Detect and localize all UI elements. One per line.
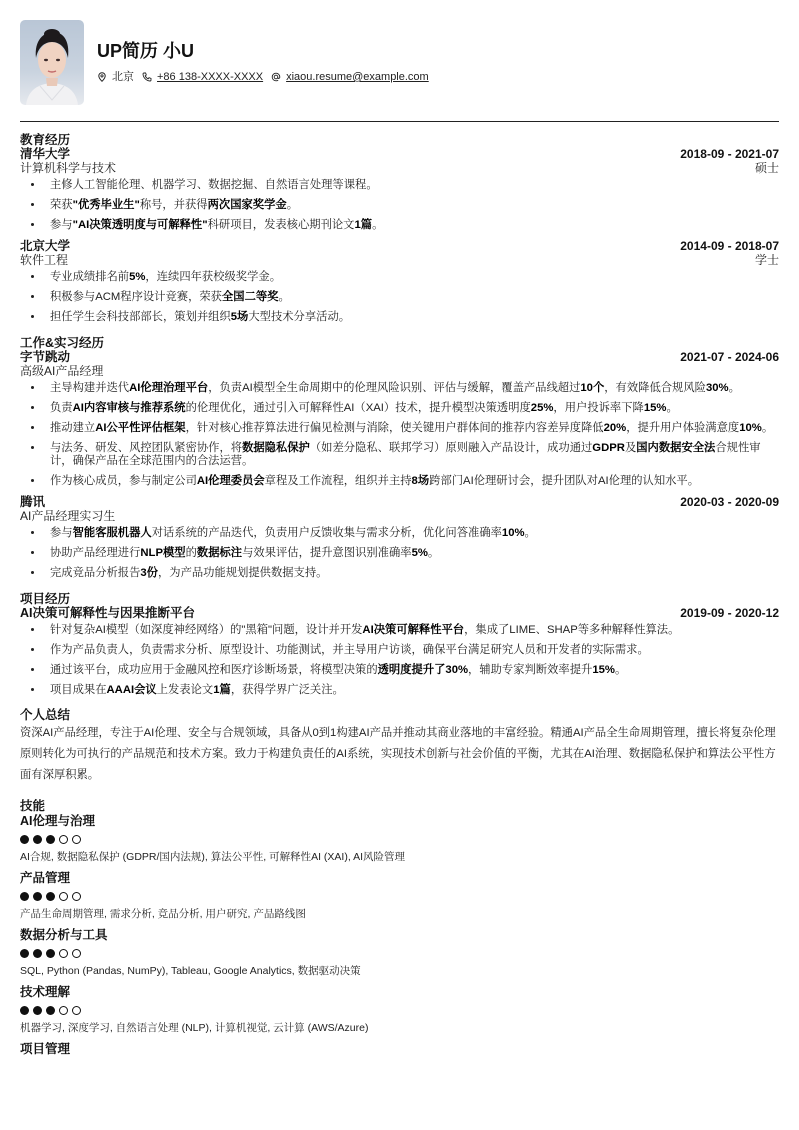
bullet-item: 参与智能客服机器人对话系统的产品迭代，负责用户反馈收集与需求分析，优化问答准确率…: [44, 527, 779, 540]
skill-keywords: AI合规, 数据隐私保护 (GDPR/国内法规), 算法公平性, 可解释性AI …: [20, 850, 779, 864]
section-title: 项目经历: [20, 592, 779, 606]
text: ，辅助专家判断效率提升: [468, 664, 592, 676]
filled-circle-icon: [33, 949, 42, 958]
text: 主导构建并迭代: [50, 382, 129, 394]
filled-circle-icon: [20, 1006, 29, 1015]
bold-text: AI伦理治理平台: [129, 382, 208, 394]
bullet-item: 作为核心成员，参与制定公司AI伦理委员会章程及工作流程，组织并主持8场跨部门AI…: [44, 475, 779, 488]
phone-link[interactable]: +86 138-XXXX-XXXX: [157, 70, 263, 84]
bullet-list: 专业成绩排名前5%，连续四年获校级奖学金。积极参与ACM程序设计竞赛，荣获全国二…: [20, 271, 779, 324]
work-section: 工作&实习经历 字节跳动2021-07 - 2024-06高级AI产品经理主导构…: [20, 336, 779, 580]
text: 积极参与ACM程序设计竞赛，荣获: [50, 291, 222, 303]
filled-circle-icon: [46, 892, 55, 901]
text: 。: [762, 422, 773, 434]
skill-item: 技术理解机器学习, 深度学习, 自然语言处理 (NLP), 计算机视觉, 云计算…: [20, 984, 779, 1035]
entry-subtitle: 软件工程学士: [20, 253, 779, 267]
entry-role: 软件工程: [20, 253, 68, 267]
bold-text: 透明度提升了30%: [378, 664, 468, 676]
bullet-item: 通过该平台，成功应用于金融风控和医疗诊断场景，将模型决策的透明度提升了30%，辅…: [44, 664, 779, 677]
entry-subtitle: 高级AI产品经理: [20, 364, 779, 378]
entry-date-range: 2014-09 - 2018-07: [680, 239, 779, 253]
text: 参与: [50, 527, 73, 539]
bold-text: 10%: [502, 527, 525, 539]
bullet-item: 作为产品负责人，负责需求分析、原型设计、功能测试，并主导用户访谈，确保平台满足研…: [44, 644, 779, 657]
skill-item: AI伦理与治理AI合规, 数据隐私保护 (GDPR/国内法规), 算法公平性, …: [20, 813, 779, 864]
entry-organization: 北京大学: [20, 239, 70, 253]
filled-circle-icon: [46, 949, 55, 958]
entry-header: 字节跳动2021-07 - 2024-06: [20, 350, 779, 364]
empty-circle-icon: [72, 949, 81, 958]
entry-degree: 学士: [755, 253, 779, 267]
filled-circle-icon: [33, 835, 42, 844]
empty-circle-icon: [72, 1006, 81, 1015]
resume-entry: 腾讯2020-03 - 2020-09AI产品经理实习生参与智能客服机器人对话系…: [20, 495, 779, 580]
bold-text: 5场: [231, 311, 249, 323]
bold-text: GDPR: [592, 442, 625, 454]
text: ，负责AI模型全生命周期中的伦理风险识别、评估与缓解，覆盖产品线超过: [208, 382, 580, 394]
text: ，用户投诉率下降: [553, 402, 643, 414]
skill-keywords: 产品生命周期管理, 需求分析, 竞品分析, 用户研究, 产品路线图: [20, 907, 779, 921]
filled-circle-icon: [46, 835, 55, 844]
skill-level-rating: [20, 1004, 779, 1016]
text: 称号，并获得: [140, 199, 208, 211]
bullet-item: 参与"AI决策透明度与可解释性"科研项目，发表核心期刊论文1篇。: [44, 219, 779, 232]
entry-role: AI产品经理实习生: [20, 509, 115, 523]
text: 作为核心成员，参与制定公司: [50, 475, 197, 487]
text: 项目成果在: [50, 684, 107, 696]
text: ，针对核心推荐算法进行偏见检测与消除，使关键用户群体间的推荐内容差异度降低: [186, 422, 604, 434]
candidate-name: UP简历 小U: [97, 40, 194, 62]
entry-organization: 字节跳动: [20, 350, 70, 364]
bold-text: 1篇: [354, 219, 372, 231]
entry-date-range: 2020-03 - 2020-09: [680, 495, 779, 509]
skill-level-rating: [20, 833, 779, 845]
at-sign-icon: [271, 72, 281, 82]
bold-text: 20%: [604, 422, 627, 434]
text: ，有效降低合规风险: [604, 382, 706, 394]
skill-item: 产品管理产品生命周期管理, 需求分析, 竞品分析, 用户研究, 产品路线图: [20, 870, 779, 921]
filled-circle-icon: [20, 835, 29, 844]
text: 担任学生会科技部部长，策划并组织: [50, 311, 231, 323]
text: 的: [186, 547, 197, 559]
skill-name: 产品管理: [20, 870, 779, 886]
bullet-item: 与法务、研发、风控团队紧密协作，将数据隐私保护（如差分隐私、联邦学习）原则融入产…: [44, 442, 779, 468]
filled-circle-icon: [33, 1006, 42, 1015]
text: 。: [615, 664, 626, 676]
bold-text: 5%: [412, 547, 428, 559]
filled-circle-icon: [20, 949, 29, 958]
skill-name: AI伦理与治理: [20, 813, 779, 829]
bold-text: 全国二等奖: [222, 291, 279, 303]
text: 科研项目，发表核心期刊论文: [208, 219, 355, 231]
text: 上发表论文: [157, 684, 214, 696]
bold-text: 10个: [580, 382, 604, 394]
text: 针对复杂AI模型（如深度神经网络）的"黑箱"问题，设计并开发: [50, 624, 362, 636]
text: 。: [278, 291, 289, 303]
text: 通过该平台，成功应用于金融风控和医疗诊断场景，将模型决策的: [50, 664, 378, 676]
text: 。: [729, 382, 740, 394]
text: 参与: [50, 219, 73, 231]
education-section: 教育经历 清华大学2018-09 - 2021-07计算机科学与技术硕士主修人工…: [20, 133, 779, 324]
bold-text: AI伦理委员会: [197, 475, 265, 487]
bold-text: 数据标注: [197, 547, 242, 559]
location-pin-icon: [97, 72, 107, 82]
text: 。: [287, 199, 298, 211]
email-link[interactable]: xiaou.resume@example.com: [286, 70, 429, 84]
bold-text: 15%: [592, 664, 615, 676]
bold-text: NLP模型: [140, 547, 185, 559]
resume-header: UP简历 小U 北京 +86 138-XXXX-XXXX xiaou.resum…: [20, 0, 779, 122]
skill-item: 数据分析与工具SQL, Python (Pandas, NumPy), Tabl…: [20, 927, 779, 978]
empty-circle-icon: [72, 835, 81, 844]
bullet-item: 负责AI内容审核与推荐系统的伦理优化，通过引入可解释性AI（XAI）技术，提升模…: [44, 402, 779, 415]
bold-text: AI公平性评估框架: [95, 422, 185, 434]
text: ，提升用户体验满意度: [626, 422, 739, 434]
bullet-list: 参与智能客服机器人对话系统的产品迭代，负责用户反馈收集与需求分析，优化问答准确率…: [20, 527, 779, 580]
skills-section: 技能 AI伦理与治理AI合规, 数据隐私保护 (GDPR/国内法规), 算法公平…: [20, 799, 779, 1057]
skill-item: 项目管理: [20, 1041, 779, 1057]
bold-text: 15%: [644, 402, 667, 414]
text: 。: [372, 219, 383, 231]
text: 。: [666, 402, 677, 414]
entry-role: 计算机科学与技术: [20, 161, 116, 175]
section-title: 技能: [20, 799, 779, 813]
bold-text: 智能客服机器人: [73, 527, 152, 539]
filled-circle-icon: [46, 1006, 55, 1015]
text: 与效果评估，提升意图识别准确率: [242, 547, 411, 559]
text: 完成竞品分析报告: [50, 567, 140, 579]
text: 与法务、研发、风控团队紧密协作，将: [50, 442, 242, 454]
entry-header: 腾讯2020-03 - 2020-09: [20, 495, 779, 509]
location-text: 北京: [112, 70, 134, 84]
text: 大型技术分享活动。: [248, 311, 350, 323]
bullet-list: 针对复杂AI模型（如深度神经网络）的"黑箱"问题，设计并开发AI决策可解释性平台…: [20, 624, 779, 697]
entry-organization: 腾讯: [20, 495, 45, 509]
text: 跨部门AI伦理研讨会，提升团队对AI伦理的认知水平。: [429, 475, 699, 487]
text: ，为产品功能规划提供数据支持。: [158, 567, 327, 579]
bullet-item: 主导构建并迭代AI伦理治理平台，负责AI模型全生命周期中的伦理风险识别、评估与缓…: [44, 382, 779, 395]
contact-phone: +86 138-XXXX-XXXX: [142, 70, 263, 84]
bold-text: 10%: [739, 422, 762, 434]
bold-text: 30%: [706, 382, 729, 394]
bold-text: "AI决策透明度与可解释性": [73, 219, 208, 231]
entry-date-range: 2019-09 - 2020-12: [680, 606, 779, 620]
text: 对话系统的产品迭代，负责用户反馈收集与需求分析，优化问答准确率: [152, 527, 502, 539]
portrait-photo-icon: [20, 20, 84, 105]
contact-location: 北京: [97, 70, 134, 84]
bold-text: AI内容审核与推荐系统: [73, 402, 186, 414]
empty-circle-icon: [59, 1006, 68, 1015]
text: ，连续四年获校级奖学金。: [145, 271, 281, 283]
text: ，集成了LIME、SHAP等多种解释性算法。: [464, 624, 679, 636]
entry-date-range: 2021-07 - 2024-06: [680, 350, 779, 364]
text: 推动建立: [50, 422, 95, 434]
text: 。: [428, 547, 439, 559]
text: 专业成绩排名前: [50, 271, 129, 283]
resume-entry: 北京大学2014-09 - 2018-07软件工程学士专业成绩排名前5%，连续四…: [20, 239, 779, 324]
entry-subtitle: 计算机科学与技术硕士: [20, 161, 779, 175]
text: 。: [525, 527, 536, 539]
skill-name: 数据分析与工具: [20, 927, 779, 943]
resume-entry: AI决策可解释性与因果推断平台2019-09 - 2020-12针对复杂AI模型…: [20, 606, 779, 697]
text: 及: [625, 442, 636, 454]
bold-text: 3份: [140, 567, 158, 579]
filled-circle-icon: [20, 892, 29, 901]
empty-circle-icon: [59, 892, 68, 901]
section-title: 教育经历: [20, 133, 779, 147]
text: 荣获: [50, 199, 73, 211]
projects-section: 项目经历 AI决策可解释性与因果推断平台2019-09 - 2020-12针对复…: [20, 592, 779, 697]
filled-circle-icon: [33, 892, 42, 901]
empty-circle-icon: [59, 835, 68, 844]
skill-level-rating: [20, 947, 779, 959]
text: ，获得学界广泛关注。: [231, 684, 344, 696]
entry-date-range: 2018-09 - 2021-07: [680, 147, 779, 161]
contact-email: xiaou.resume@example.com: [271, 70, 429, 84]
skill-keywords: 机器学习, 深度学习, 自然语言处理 (NLP), 计算机视觉, 云计算 (AW…: [20, 1021, 779, 1035]
bold-text: 两次国家奖学金: [208, 199, 287, 211]
contact-info: 北京 +86 138-XXXX-XXXX xiaou.resume@exampl…: [97, 70, 437, 84]
resume-entry: 字节跳动2021-07 - 2024-06高级AI产品经理主导构建并迭代AI伦理…: [20, 350, 779, 488]
text: 作为产品负责人，负责需求分析、原型设计、功能测试，并主导用户访谈，确保平台满足研…: [50, 644, 649, 656]
summary-text: 资深AI产品经理，专注于AI伦理、安全与合规领域，具备从0到1构建AI产品并推动…: [20, 723, 779, 786]
bullet-list: 主修人工智能伦理、机器学习、数据挖掘、自然语言处理等课程。荣获"优秀毕业生"称号…: [20, 179, 779, 232]
bullet-item: 完成竞品分析报告3份，为产品功能规划提供数据支持。: [44, 567, 779, 580]
text: 主修人工智能伦理、机器学习、数据挖掘、自然语言处理等课程。: [50, 179, 378, 191]
phone-icon: [142, 72, 152, 82]
bold-text: 5%: [129, 271, 145, 283]
bullet-item: 荣获"优秀毕业生"称号，并获得两次国家奖学金。: [44, 199, 779, 212]
bold-text: 数据隐私保护: [242, 442, 310, 454]
text: 协助产品经理进行: [50, 547, 140, 559]
bold-text: 8场: [412, 475, 430, 487]
text: 的伦理优化，通过引入可解释性AI（XAI）技术，提升模型决策透明度: [186, 402, 531, 414]
entry-subtitle: AI产品经理实习生: [20, 509, 779, 523]
bullet-item: 针对复杂AI模型（如深度神经网络）的"黑箱"问题，设计并开发AI决策可解释性平台…: [44, 624, 779, 637]
text: 章程及工作流程，组织并主持: [265, 475, 412, 487]
entry-degree: 硕士: [755, 161, 779, 175]
entry-header: 清华大学2018-09 - 2021-07: [20, 147, 779, 161]
bullet-item: 主修人工智能伦理、机器学习、数据挖掘、自然语言处理等课程。: [44, 179, 779, 192]
entry-role: 高级AI产品经理: [20, 364, 103, 378]
bullet-item: 推动建立AI公平性评估框架，针对核心推荐算法进行偏见检测与消除，使关键用户群体间…: [44, 422, 779, 435]
entry-header: AI决策可解释性与因果推断平台2019-09 - 2020-12: [20, 606, 779, 620]
bold-text: AAAI会议: [107, 684, 157, 696]
skill-keywords: SQL, Python (Pandas, NumPy), Tableau, Go…: [20, 964, 779, 978]
skill-name: 技术理解: [20, 984, 779, 1000]
bullet-item: 专业成绩排名前5%，连续四年获校级奖学金。: [44, 271, 779, 284]
empty-circle-icon: [59, 949, 68, 958]
summary-section: 个人总结 资深AI产品经理，专注于AI伦理、安全与合规领域，具备从0到1构建AI…: [20, 708, 779, 786]
entry-organization: 清华大学: [20, 147, 70, 161]
bullet-item: 项目成果在AAAI会议上发表论文1篇，获得学界广泛关注。: [44, 684, 779, 697]
section-title: 工作&实习经历: [20, 336, 779, 350]
text: （如差分隐私、联邦学习）原则融入产品设计，成功通过: [310, 442, 592, 454]
entry-organization: AI决策可解释性与因果推断平台: [20, 606, 195, 620]
bold-text: "优秀毕业生": [73, 199, 140, 211]
bold-text: AI决策可解释性平台: [362, 624, 464, 636]
bold-text: 国内数据安全法: [636, 442, 715, 454]
section-title: 个人总结: [20, 708, 779, 722]
profile-photo: [20, 20, 84, 105]
bullet-item: 协助产品经理进行NLP模型的数据标注与效果评估，提升意图识别准确率5%。: [44, 547, 779, 560]
skill-name: 项目管理: [20, 1041, 779, 1057]
empty-circle-icon: [72, 892, 81, 901]
bullet-item: 积极参与ACM程序设计竞赛，荣获全国二等奖。: [44, 291, 779, 304]
bullet-item: 担任学生会科技部部长，策划并组织5场大型技术分享活动。: [44, 311, 779, 324]
resume-page: UP简历 小U 北京 +86 138-XXXX-XXXX xiaou.resum…: [20, 0, 779, 1057]
bullet-list: 主导构建并迭代AI伦理治理平台，负责AI模型全生命周期中的伦理风险识别、评估与缓…: [20, 382, 779, 488]
entry-header: 北京大学2014-09 - 2018-07: [20, 239, 779, 253]
text: 负责: [50, 402, 73, 414]
bold-text: 25%: [531, 402, 554, 414]
bold-text: 1篇: [213, 684, 231, 696]
resume-entry: 清华大学2018-09 - 2021-07计算机科学与技术硕士主修人工智能伦理、…: [20, 147, 779, 232]
skill-level-rating: [20, 890, 779, 902]
